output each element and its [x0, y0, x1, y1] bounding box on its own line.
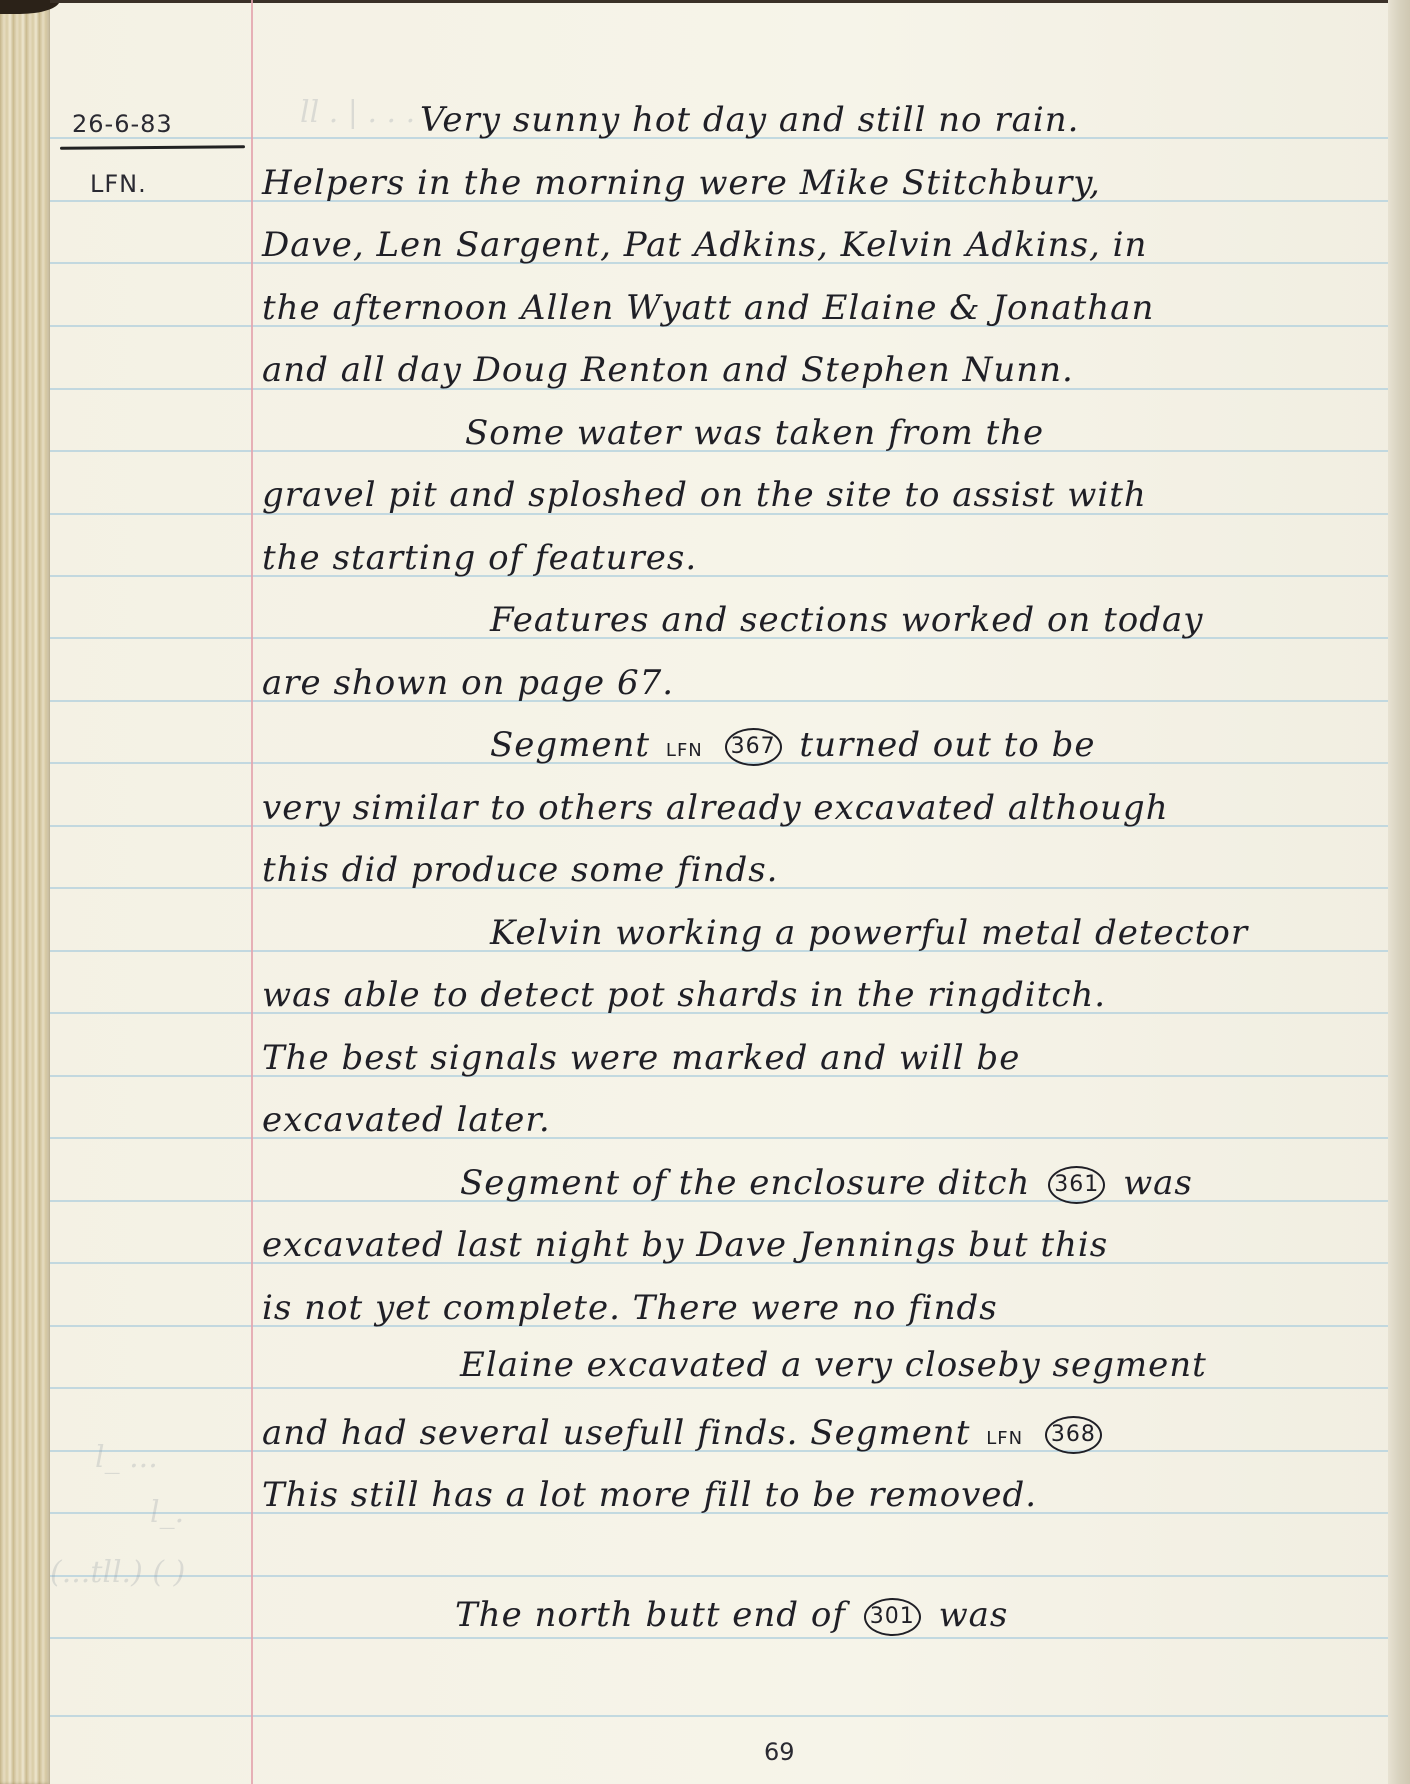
show-through-text: l_.	[150, 1495, 184, 1530]
journal-line-segment-361: Segment of the enclosure ditch 361 was	[460, 1163, 1193, 1204]
page-binding	[0, 0, 50, 1784]
journal-line: and all day Doug Renton and Stephen Nunn…	[262, 350, 1074, 390]
journal-line: Very sunny hot day and still no rain.	[420, 100, 1079, 140]
journal-line: Elaine excavated a very closeby segment	[460, 1345, 1207, 1385]
journal-line: was able to detect pot shards in the rin…	[262, 975, 1106, 1015]
circled-feature-number: 368	[1045, 1416, 1102, 1454]
journal-line-segment-368: and had several usefull finds. Segment L…	[262, 1413, 1108, 1454]
show-through-text: l_ ...	[95, 1440, 158, 1475]
journal-line: excavated later.	[262, 1100, 551, 1140]
entry-date: 26-6-83	[72, 110, 173, 138]
circled-feature-number: 301	[864, 1598, 921, 1636]
journal-line-segment-301: The north butt end of 301 was	[455, 1595, 1008, 1636]
page-number: 69	[764, 1738, 795, 1766]
line-text: The north butt end of	[455, 1595, 846, 1635]
line-text: was	[1123, 1163, 1193, 1203]
notebook-page: ll . | . . . l_ ... l_. (...tll.) ( ) 26…	[0, 0, 1410, 1784]
journal-line: this did produce some finds.	[262, 850, 778, 890]
journal-line: the afternoon Allen Wyatt and Elaine & J…	[262, 288, 1154, 328]
show-through-text: (...tll.) ( )	[50, 1555, 185, 1590]
journal-line: the starting of features.	[262, 538, 697, 578]
line-text: turned out to be	[799, 725, 1095, 765]
line-text: Segment of the enclosure ditch	[460, 1163, 1030, 1203]
circled-feature-number: 367	[725, 728, 782, 766]
date-underline	[60, 145, 245, 150]
show-through-text: ll . | . . .	[300, 95, 415, 130]
site-code-label: LFN	[666, 740, 703, 761]
journal-line: excavated last night by Dave Jennings bu…	[262, 1225, 1108, 1265]
journal-line: is not yet complete. There were no finds	[262, 1288, 998, 1328]
journal-line: Dave, Len Sargent, Pat Adkins, Kelvin Ad…	[262, 225, 1147, 265]
journal-line: are shown on page 67.	[262, 663, 674, 703]
site-code: LFN.	[90, 170, 147, 198]
circled-feature-number: 361	[1048, 1166, 1105, 1204]
line-text: and had several usefull finds. Segment	[262, 1413, 970, 1453]
journal-line: The best signals were marked and will be	[262, 1038, 1020, 1078]
margin-line	[251, 0, 253, 1784]
journal-line: Features and sections worked on today	[490, 600, 1204, 640]
journal-line: gravel pit and sploshed on the site to a…	[262, 475, 1147, 515]
journal-line: very similar to others already excavated…	[262, 788, 1169, 828]
journal-line: This still has a lot more fill to be rem…	[262, 1475, 1037, 1515]
line-text: was	[939, 1595, 1009, 1635]
journal-line: Kelvin working a powerful metal detector	[490, 913, 1248, 953]
site-code-label: LFN	[986, 1428, 1023, 1449]
page-right-edge	[1388, 0, 1410, 1784]
line-text: Segment	[490, 725, 650, 765]
journal-line: Some water was taken from the	[465, 413, 1044, 453]
journal-line-segment-367: Segment LFN 367 turned out to be	[490, 725, 1095, 766]
page-top-edge	[50, 0, 1410, 3]
journal-line: Helpers in the morning were Mike Stitchb…	[262, 163, 1101, 203]
